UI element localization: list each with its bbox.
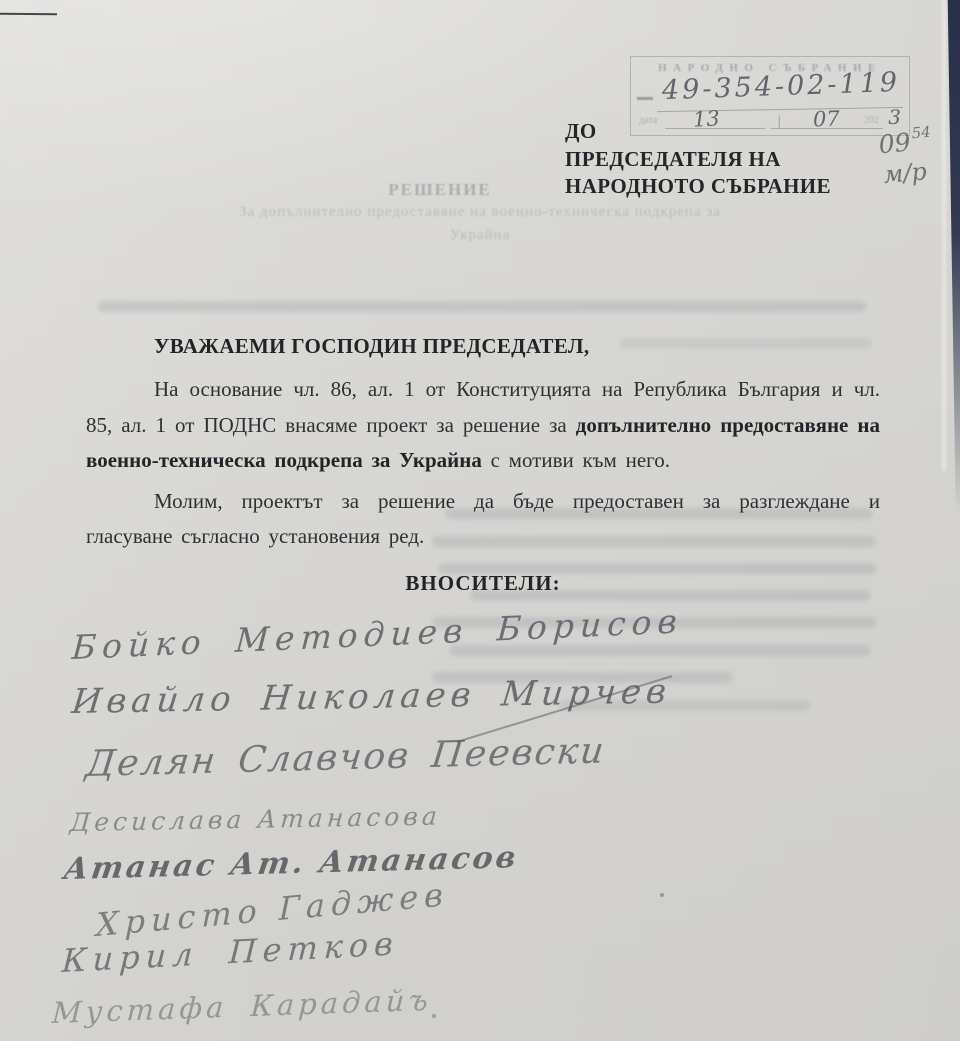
submitters-heading: ВНОСИТЕЛИ: bbox=[86, 571, 880, 596]
recipient-line-1: ДО bbox=[565, 118, 831, 146]
pen-dot bbox=[660, 893, 664, 897]
signature-karadayi: Мустафа Карадайъ bbox=[51, 983, 433, 1030]
recipient-line-2: ПРЕДСЕДАТЕЛЯ НА bbox=[565, 146, 831, 174]
signature-peevski: Делян Славчов Пеевски bbox=[84, 730, 608, 785]
paper-edge-highlight bbox=[942, 0, 946, 470]
signature-atanasova: Десислава Атанасова bbox=[69, 802, 442, 838]
signature-borisov: Бойко Методиев Борисов bbox=[71, 601, 684, 667]
stamp-reg-prefix-marks bbox=[637, 97, 653, 100]
signature-atanasov: Атанас Ат. Атанасов bbox=[61, 840, 521, 887]
bleedthrough-text-line bbox=[98, 301, 866, 312]
paragraph-1-text-end: с мотиви към него. bbox=[482, 448, 670, 472]
stamp-year-prefix: 202 bbox=[864, 115, 879, 126]
scan-background-edge bbox=[945, 0, 960, 515]
signature-mirchev: Ивайло Николаев Мирчев bbox=[70, 672, 673, 723]
pen-dot bbox=[432, 1014, 436, 1018]
bleedthrough-title: РЕШЕНИЕ bbox=[120, 180, 760, 200]
clerk-initials: м/р bbox=[882, 157, 933, 189]
paragraph-request: Молим, проектът за решение да бъде предо… bbox=[86, 484, 880, 555]
stamp-year-digit: 3 bbox=[888, 105, 901, 129]
time-hours: 09 bbox=[878, 128, 912, 160]
letter-body: УВАЖАЕМИ ГОСПОДИН ПРЕДСЕДАТЕЛ, На основа… bbox=[86, 334, 880, 596]
time-minutes: 54 bbox=[911, 123, 932, 143]
scan-corner-mark bbox=[0, 13, 57, 16]
salutation: УВАЖАЕМИ ГОСПОДИН ПРЕДСЕДАТЕЛ, bbox=[154, 334, 880, 359]
handwritten-time-note: 0954 м/р bbox=[878, 126, 934, 189]
paragraph-legal-basis: На основание чл. 86, ал. 1 от Конституци… bbox=[86, 372, 880, 479]
bleedthrough-subtitle-2: Украйна bbox=[118, 227, 842, 244]
bleedthrough-subtitle-1: За допълнително предоставяне на военно-т… bbox=[118, 204, 842, 221]
